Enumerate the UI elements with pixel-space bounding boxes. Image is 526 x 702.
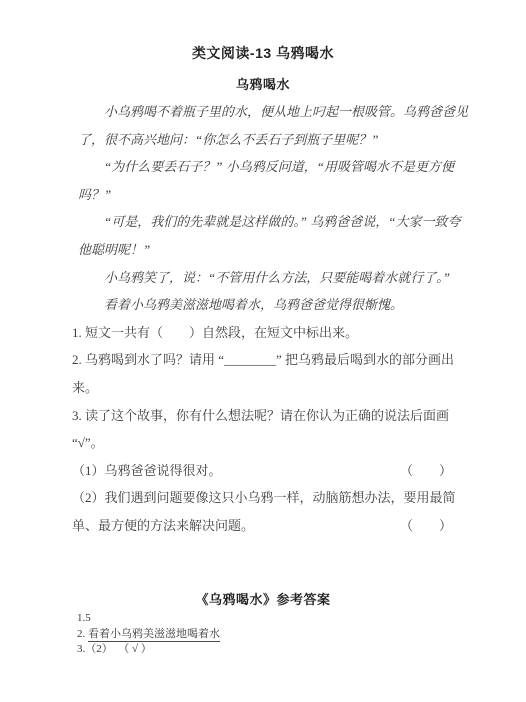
question-3-option-2-line2: 单、最方便的方法来解决问题。 （ ） [72, 512, 452, 540]
option-1-text: （1）乌鸦爸爸说得很对。 [72, 457, 222, 485]
answer-2-prefix: 2. [77, 628, 88, 640]
question-1: 1. 短文一共有（ ）自然段，在短文中标出来。 [72, 319, 452, 347]
document-body: 小乌鸦喝不着瓶子里的水，便从地上叼起一根吸管。乌鸦爸爸见 了，很不高兴地问：“你… [72, 98, 452, 540]
answer-slot: （ ） [400, 457, 452, 485]
answer-key: 1.5 2. 看着小乌鸦美滋滋地喝着水 3.（2） （ √ ） [77, 611, 457, 658]
answer-key-heading: 《乌鸦喝水》参考答案 [0, 589, 526, 608]
question-3-option-1: （1）乌鸦爸爸说得很对。 （ ） [72, 457, 452, 485]
question-2-line2: 来。 [72, 374, 452, 402]
question-2-line1: 2. 乌鸦喝到水了吗？请用 “________” 把乌鸦最后喝到水的部分画出 [72, 346, 452, 374]
story-title: 乌鸦喝水 [0, 74, 526, 93]
answer-slot: （ ） [400, 512, 452, 540]
story-line: “为什么要丢石子？” 小乌鸦反问道，“用吸管喝水不是更方便 [72, 153, 452, 181]
story-line: 小乌鸦笑了，说：“不管用什么方法，只要能喝着水就行了。” [72, 264, 452, 292]
question-3-line2: “√”。 [72, 429, 452, 457]
story-line: 看着小乌鸦美滋滋地喝着水，乌鸦爸爸觉得很惭愧。 [72, 291, 452, 319]
story-line: 吗？” [72, 181, 452, 209]
question-3-line1: 3. 读了这个故事，你有什么想法呢？请在你认为正确的说法后面画 [72, 402, 452, 430]
story-line: 小乌鸦喝不着瓶子里的水，便从地上叼起一根吸管。乌鸦爸爸见 [72, 98, 452, 126]
question-3-option-2-line1: （2）我们遇到问题要像这只小乌鸦一样，动脑筋想办法，要用最简 [72, 484, 452, 512]
answer-line-1: 1.5 [77, 611, 457, 627]
answer-line-3: 3.（2） （ √ ） [77, 642, 457, 658]
answer-line-2: 2. 看着小乌鸦美滋滋地喝着水 [77, 627, 457, 643]
story-line: 了，很不高兴地问：“你怎么不丢石子到瓶子里呢？” [72, 126, 452, 154]
story-line: “可是，我们的先辈就是这样做的。” 乌鸦爸爸说，“大家一致夸 [72, 208, 452, 236]
doc-title: 类文阅读-13 乌鸦喝水 [0, 43, 526, 63]
story-line: 他聪明呢！” [72, 236, 452, 264]
document-page: 类文阅读-13 乌鸦喝水 乌鸦喝水 小乌鸦喝不着瓶子里的水，便从地上叼起一根吸管… [0, 0, 526, 702]
answer-2-underlined-text: 看着小乌鸦美滋滋地喝着水 [88, 628, 220, 642]
option-2-text: 单、最方便的方法来解决问题。 [72, 512, 254, 540]
